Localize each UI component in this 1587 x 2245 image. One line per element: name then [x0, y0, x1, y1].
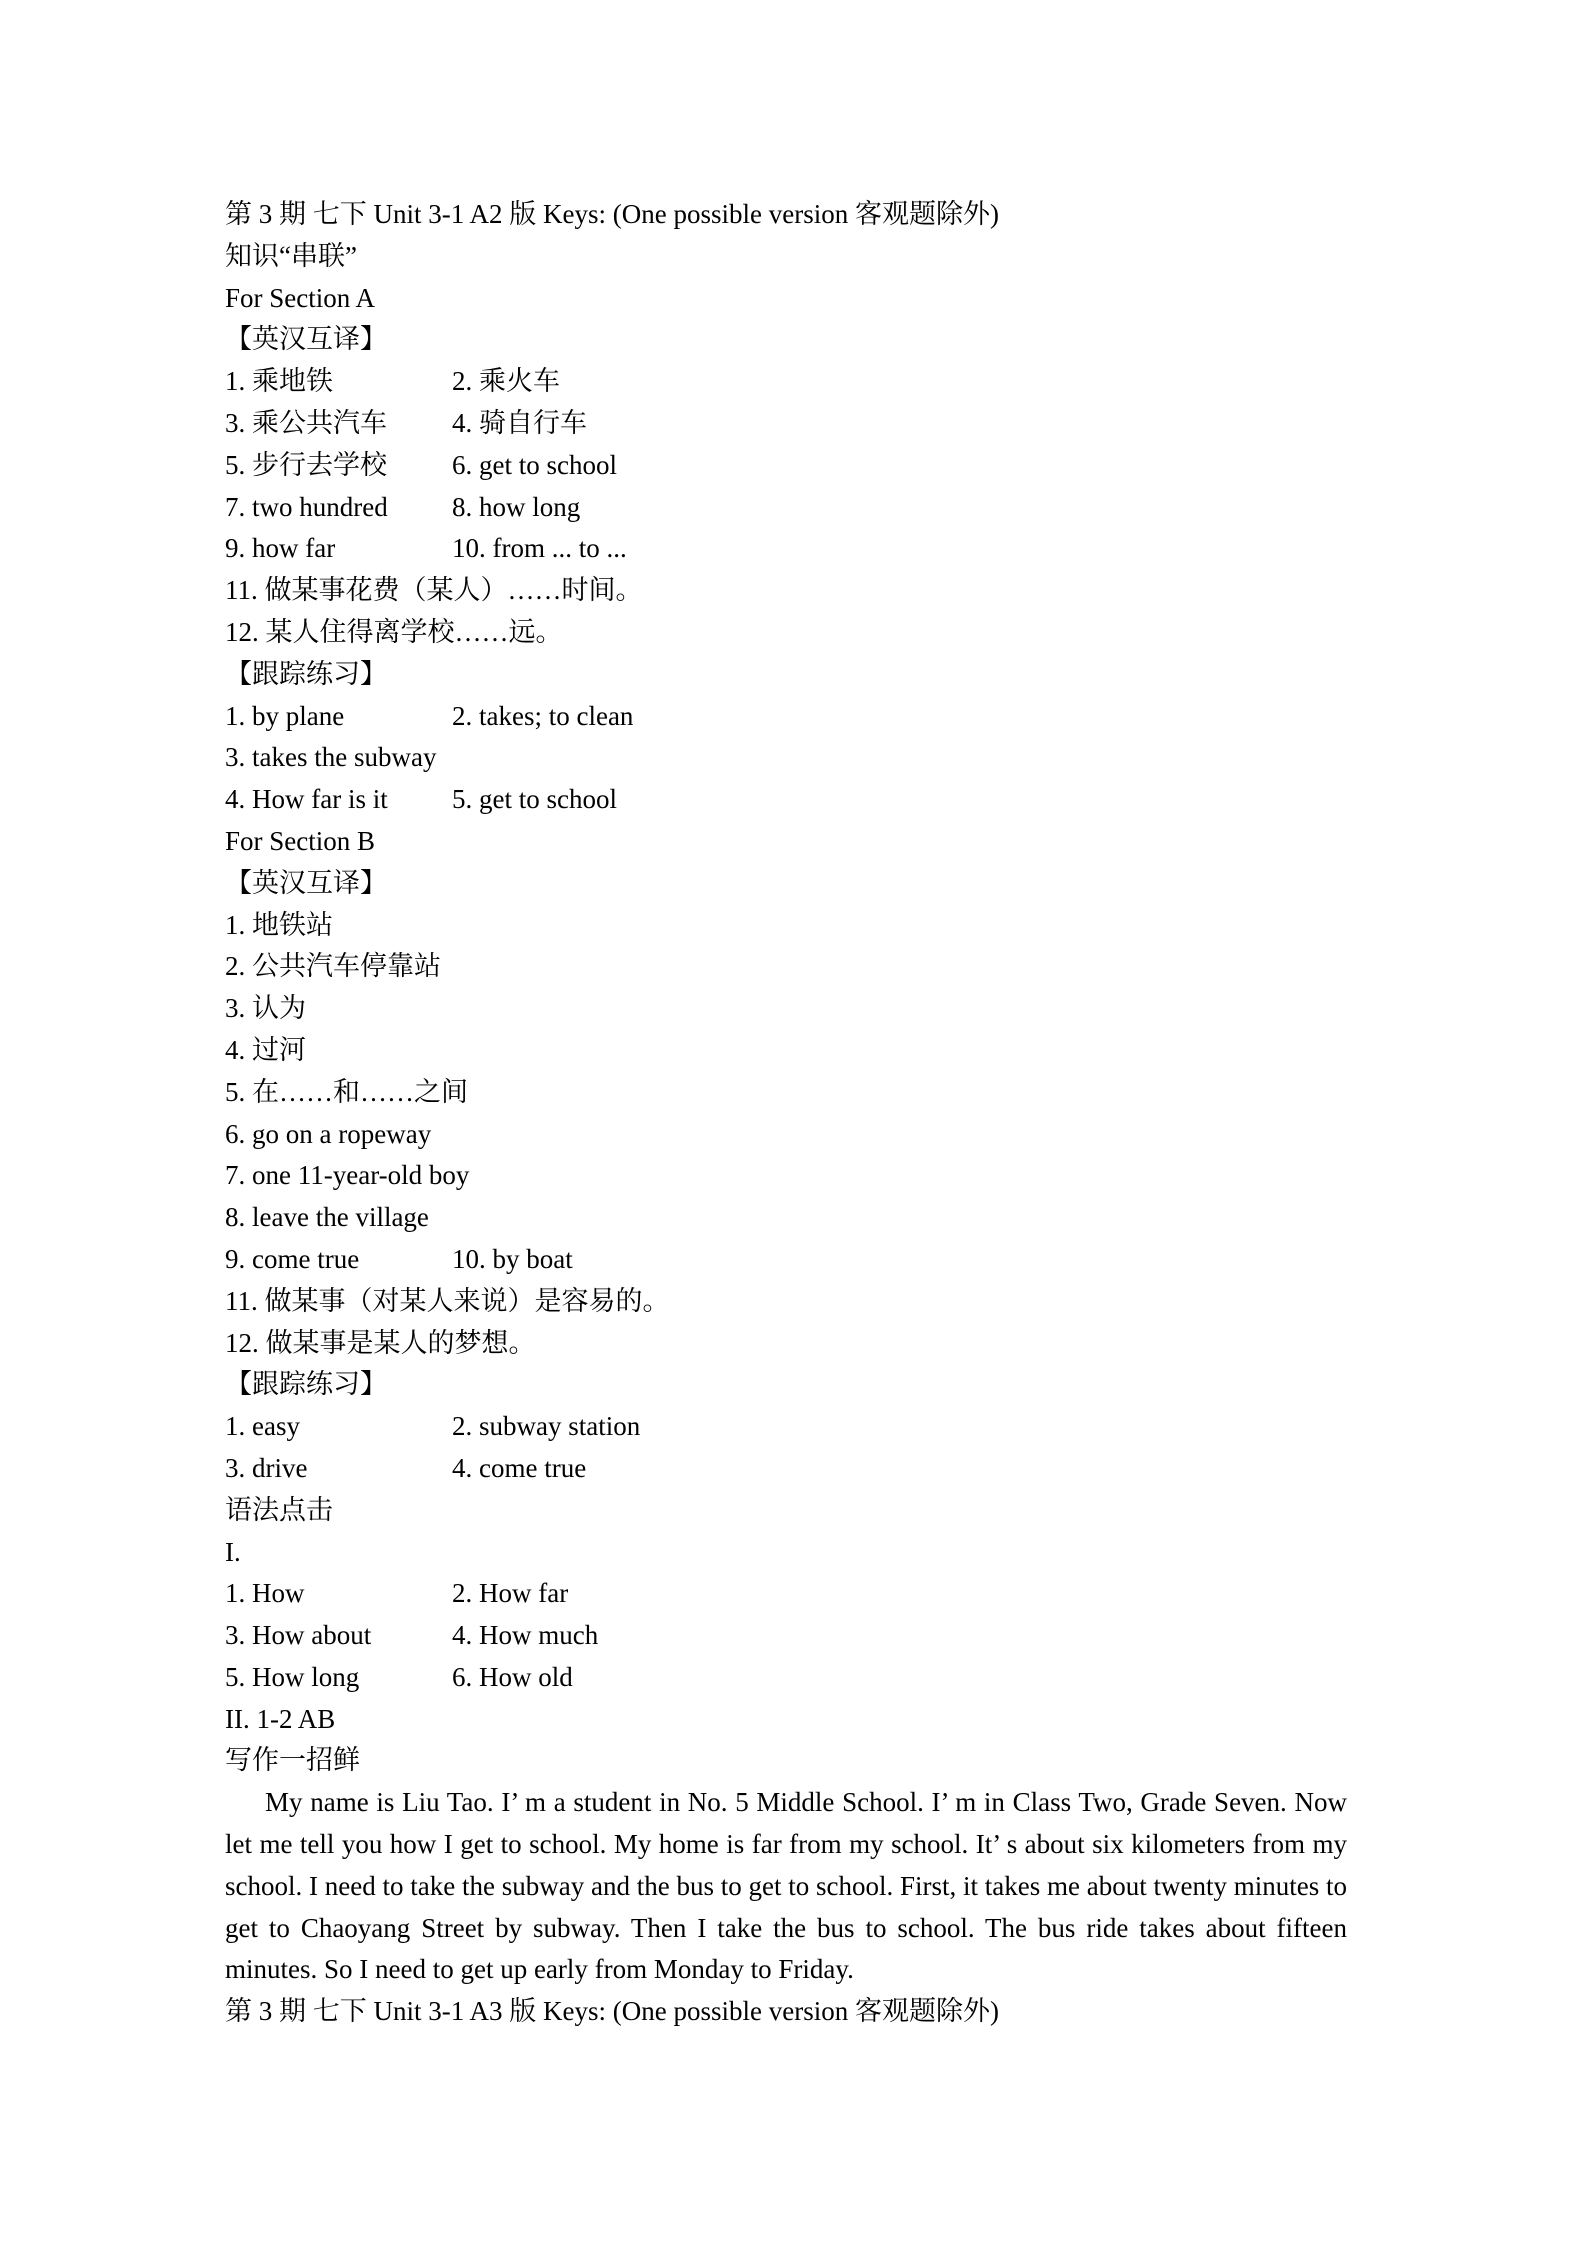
answer-row: 1. easy2. subway station — [225, 1406, 1347, 1448]
answer-item-c1: 7. two hundred — [225, 487, 452, 529]
answer-row: 9. come true10. by boat — [225, 1239, 1347, 1281]
answer-item-c2: 2. takes; to clean — [452, 701, 633, 731]
answer-item-c1: 1. How — [225, 1573, 452, 1615]
answer-row: 11. 做某事（对某人来说）是容易的。 — [225, 1281, 1347, 1323]
answer-item-c1: 1. by plane — [225, 696, 452, 738]
answer-item-c2: 4. How much — [452, 1620, 598, 1650]
answer-item-c2: 10. from ... to ... — [452, 533, 627, 563]
answer-item-c2: 2. 乘火车 — [452, 366, 560, 396]
answer-row: 12. 做某事是某人的梦想。 — [225, 1323, 1347, 1365]
answer-item-c2: 4. come true — [452, 1453, 586, 1483]
doc-title-a2-line: 第 3 期 七下 Unit 3-1 A2 版 Keys: (One possib… — [225, 194, 1347, 236]
answer-item-c1: 5. How long — [225, 1657, 452, 1699]
section-a-translation-heading: 【英汉互译】 — [225, 319, 1347, 361]
answer-row: 6. go on a ropeway — [225, 1114, 1347, 1156]
knowledge-chain-heading: 知识“串联” — [225, 236, 1347, 278]
doc-title-a3-line: 第 3 期 七下 Unit 3-1 A3 版 Keys: (One possib… — [225, 1991, 1347, 2033]
answer-row: 1. by plane2. takes; to clean — [225, 696, 1347, 738]
grammar-part1-label: I. — [225, 1532, 1347, 1574]
answer-item-c1: 5. 步行去学校 — [225, 445, 452, 487]
answer-item-c2: 6. get to school — [452, 450, 617, 480]
answer-row: 7. two hundred8. how long — [225, 487, 1347, 529]
answer-item-c1: 9. how far — [225, 528, 452, 570]
answer-item-c1: 9. come true — [225, 1239, 452, 1281]
answer-row: 12. 某人住得离学校……远。 — [225, 612, 1347, 654]
section-a-heading: For Section A — [225, 278, 1347, 320]
answer-row: 4. How far is it5. get to school — [225, 779, 1347, 821]
answer-item-c2: 4. 骑自行车 — [452, 408, 587, 438]
answer-row: 1. 地铁站 — [225, 905, 1347, 947]
answer-item-c2: 5. get to school — [452, 784, 617, 814]
section-b-heading: For Section B — [225, 821, 1347, 863]
answer-row: 3. 认为 — [225, 988, 1347, 1030]
grammar-part2-line: II. 1-2 AB — [225, 1699, 1347, 1741]
section-a-practice-heading: 【跟踪练习】 — [225, 654, 1347, 696]
writing-sample-paragraph: My name is Liu Tao. I’ m a student in No… — [225, 1782, 1347, 1991]
answer-row: 5. How long6. How old — [225, 1657, 1347, 1699]
answer-row: 11. 做某事花费（某人）……时间。 — [225, 570, 1347, 612]
answer-item-c2: 2. How far — [452, 1578, 568, 1608]
answer-row: 7. one 11-year-old boy — [225, 1155, 1347, 1197]
answer-row: 4. 过河 — [225, 1030, 1347, 1072]
grammar-click-heading: 语法点击 — [225, 1490, 1347, 1532]
answer-row: 1. How2. How far — [225, 1573, 1347, 1615]
section-b-practice-heading: 【跟踪练习】 — [225, 1364, 1347, 1406]
answer-row: 3. 乘公共汽车4. 骑自行车 — [225, 403, 1347, 445]
answer-row: 5. 步行去学校6. get to school — [225, 445, 1347, 487]
answer-row: 8. leave the village — [225, 1197, 1347, 1239]
answer-item-c1: 3. drive — [225, 1448, 452, 1490]
answer-row: 3. How about4. How much — [225, 1615, 1347, 1657]
answer-item-c2: 10. by boat — [452, 1244, 573, 1274]
section-b-translation-heading: 【英汉互译】 — [225, 863, 1347, 905]
answer-item-c2: 8. how long — [452, 492, 580, 522]
answer-item-c1: 1. easy — [225, 1406, 452, 1448]
answer-row: 9. how far10. from ... to ... — [225, 528, 1347, 570]
answer-item-c2: 2. subway station — [452, 1411, 640, 1441]
answer-row: 5. 在……和……之间 — [225, 1072, 1347, 1114]
answer-row: 1. 乘地铁2. 乘火车 — [225, 361, 1347, 403]
answer-item-c1: 3. How about — [225, 1615, 452, 1657]
answer-item-c2: 6. How old — [452, 1662, 573, 1692]
answer-row: 3. takes the subway — [225, 737, 1347, 779]
answer-item-c1: 4. How far is it — [225, 779, 452, 821]
document-page: 第 3 期 七下 Unit 3-1 A2 版 Keys: (One possib… — [225, 194, 1347, 2033]
answer-row: 3. drive4. come true — [225, 1448, 1347, 1490]
answer-row: 2. 公共汽车停靠站 — [225, 946, 1347, 988]
writing-tip-heading: 写作一招鲜 — [225, 1740, 1347, 1782]
answer-item-c1: 1. 乘地铁 — [225, 361, 452, 403]
answer-item-c1: 3. 乘公共汽车 — [225, 403, 452, 445]
